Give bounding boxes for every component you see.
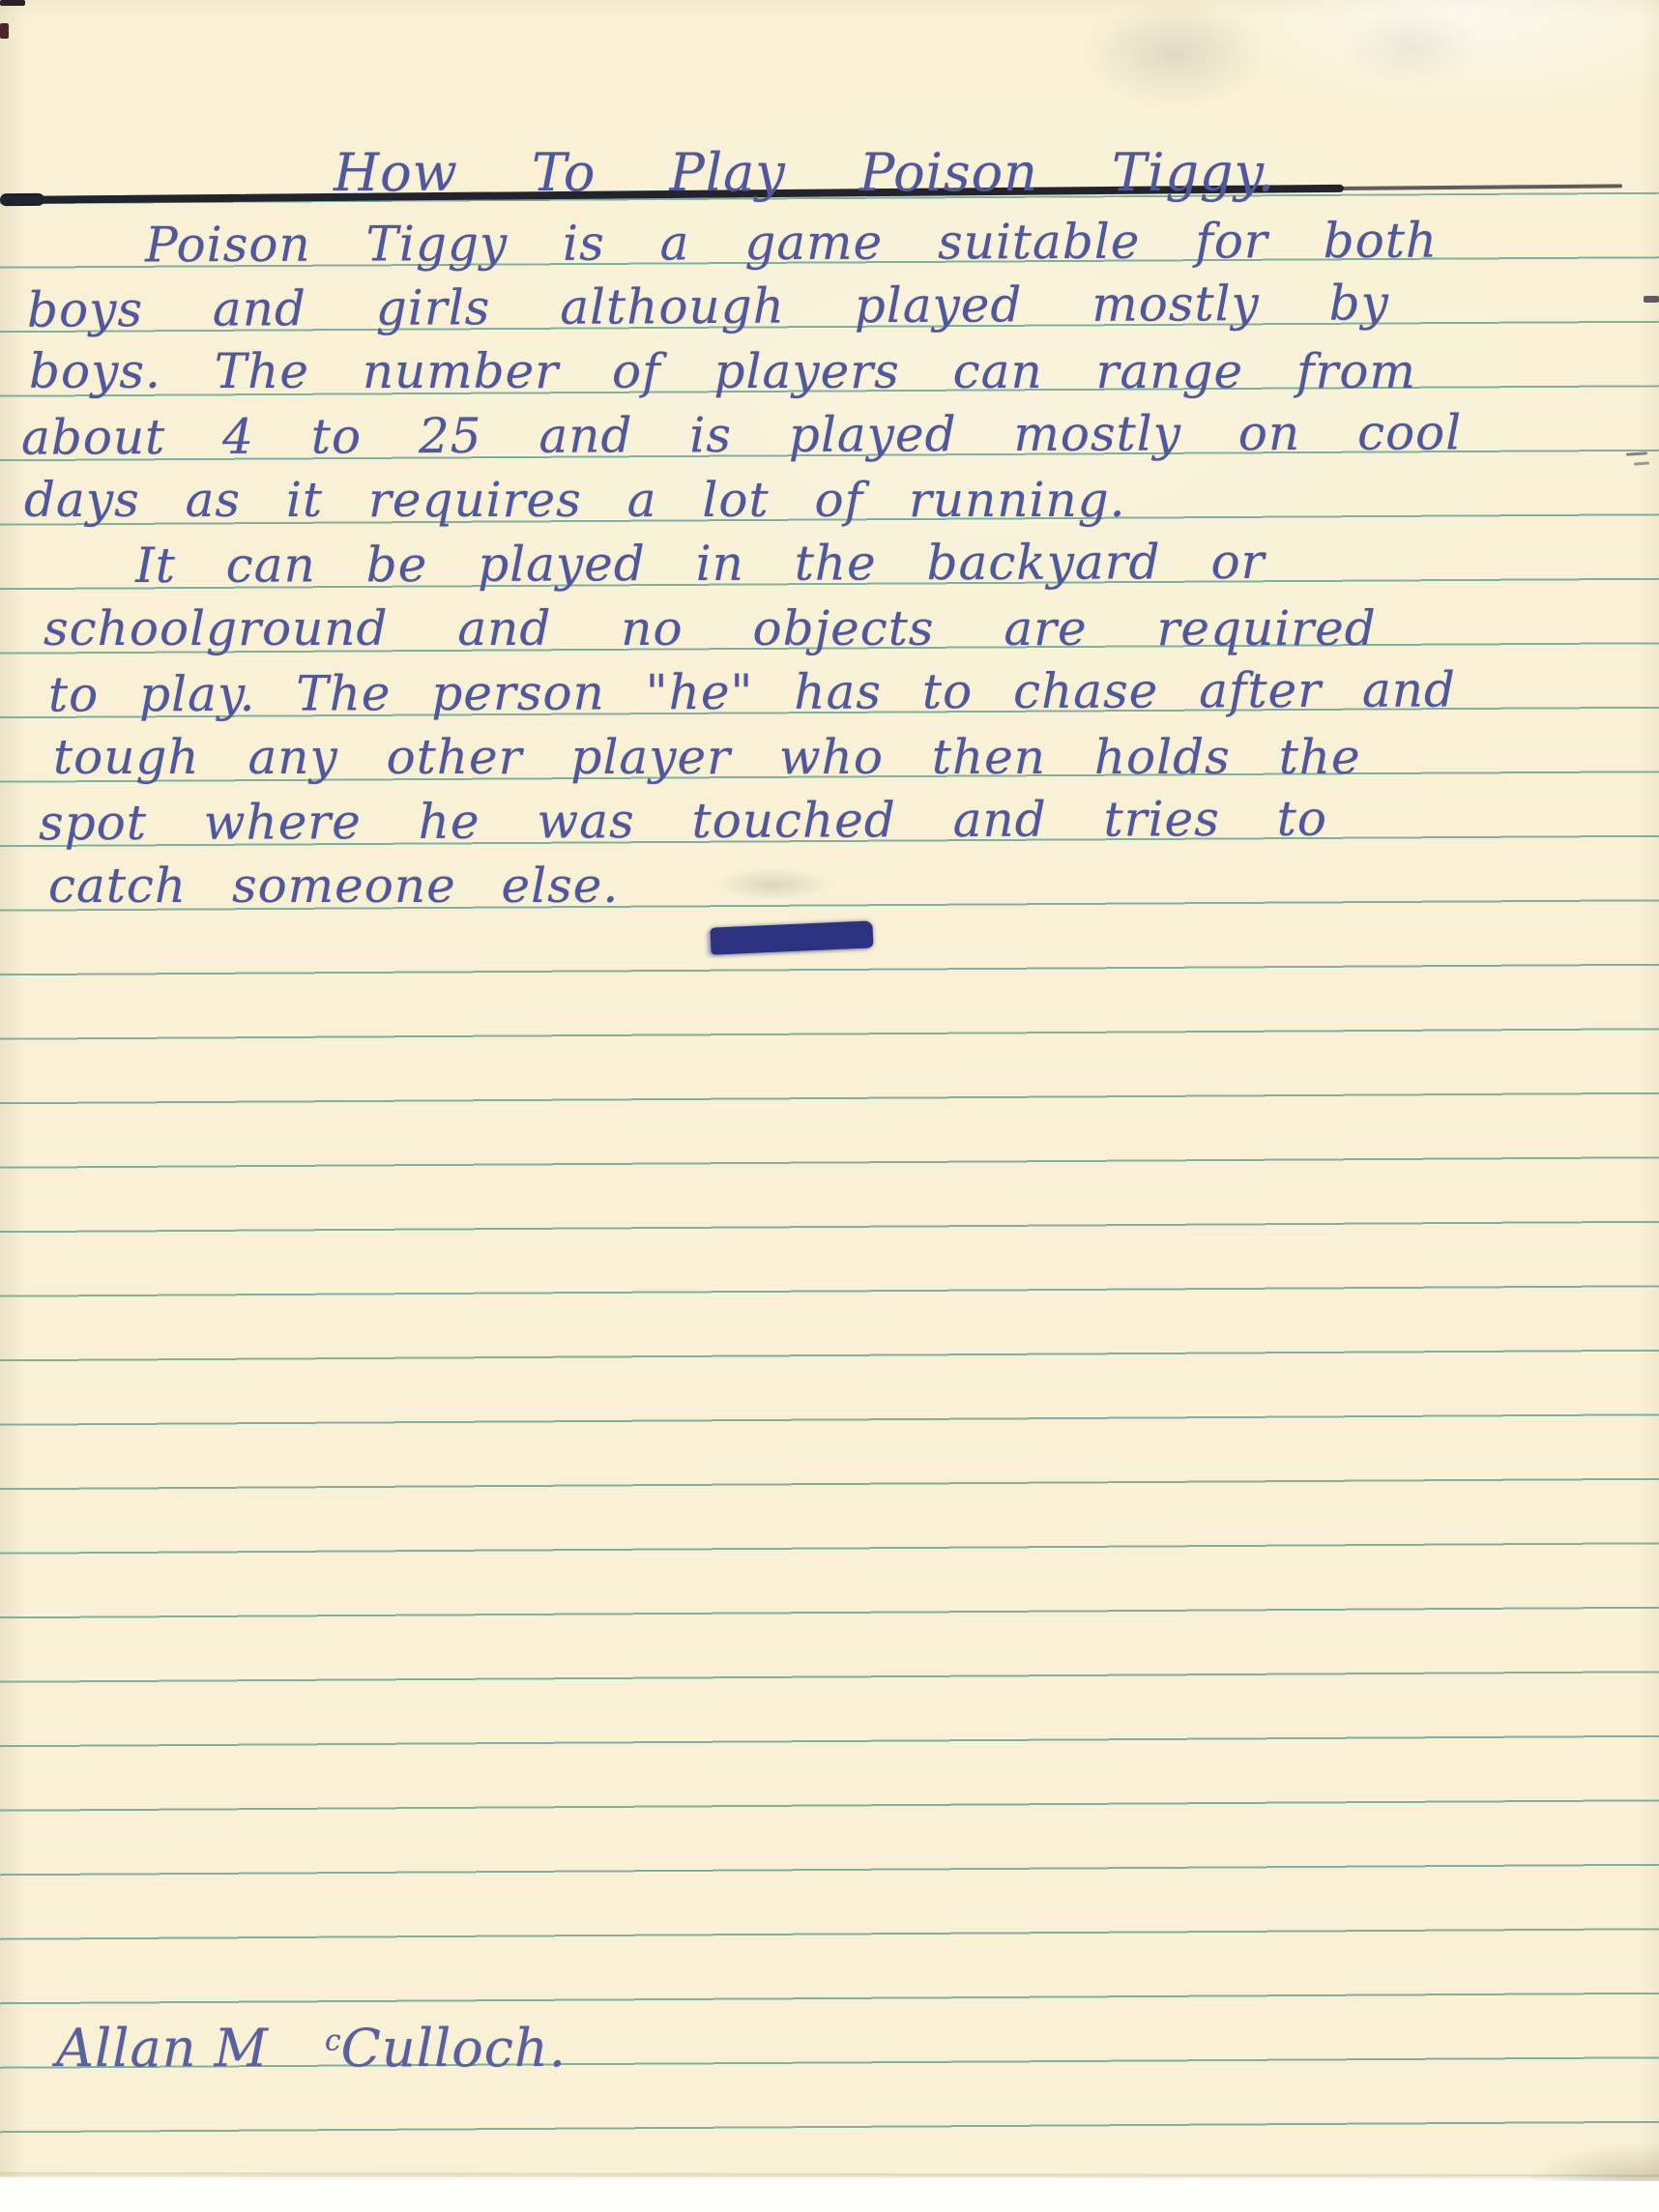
handwritten-line: schoolground and no objects are required [44, 604, 1377, 653]
signature-superscript: c [325, 2024, 341, 2058]
handwritten-line: days as it requires a lot of running. [24, 476, 1126, 524]
handwritten-line: spot where he was touched and tries to [39, 795, 1327, 848]
handwritten-line: It can be played in the backyard or [135, 538, 1266, 590]
handwritten-line: Poison Tiggy is a game suitable for both [145, 217, 1438, 270]
handwritten-line: boys. The number of players can range fr… [29, 347, 1416, 395]
handwritten-line: about 4 to 25 and is played mostly on co… [21, 408, 1462, 461]
scan-edge-mark [0, 23, 9, 39]
signature-first-name: Allan M [56, 2018, 325, 2079]
handwritten-line: to play. The person "he" has to chase af… [48, 665, 1456, 718]
signature-last-name: Culloch. [341, 2018, 567, 2079]
handwritten-line: boys and girls although played mostly by [27, 278, 1389, 334]
page-title: How To Play Poison Tiggy. [334, 147, 1275, 199]
handwritten-line: tough any other player who then holds th… [53, 733, 1361, 781]
scan-edge-mark [0, 0, 25, 6]
scanner-background [0, 2177, 1659, 2212]
scan-edge-mark [1644, 296, 1659, 303]
signature: Allan McCulloch. [56, 2023, 567, 2075]
handwritten-line: catch someone else. [48, 861, 619, 910]
notebook-page-scan: How To Play Poison Tiggy. Poison Tiggy i… [0, 0, 1659, 2212]
